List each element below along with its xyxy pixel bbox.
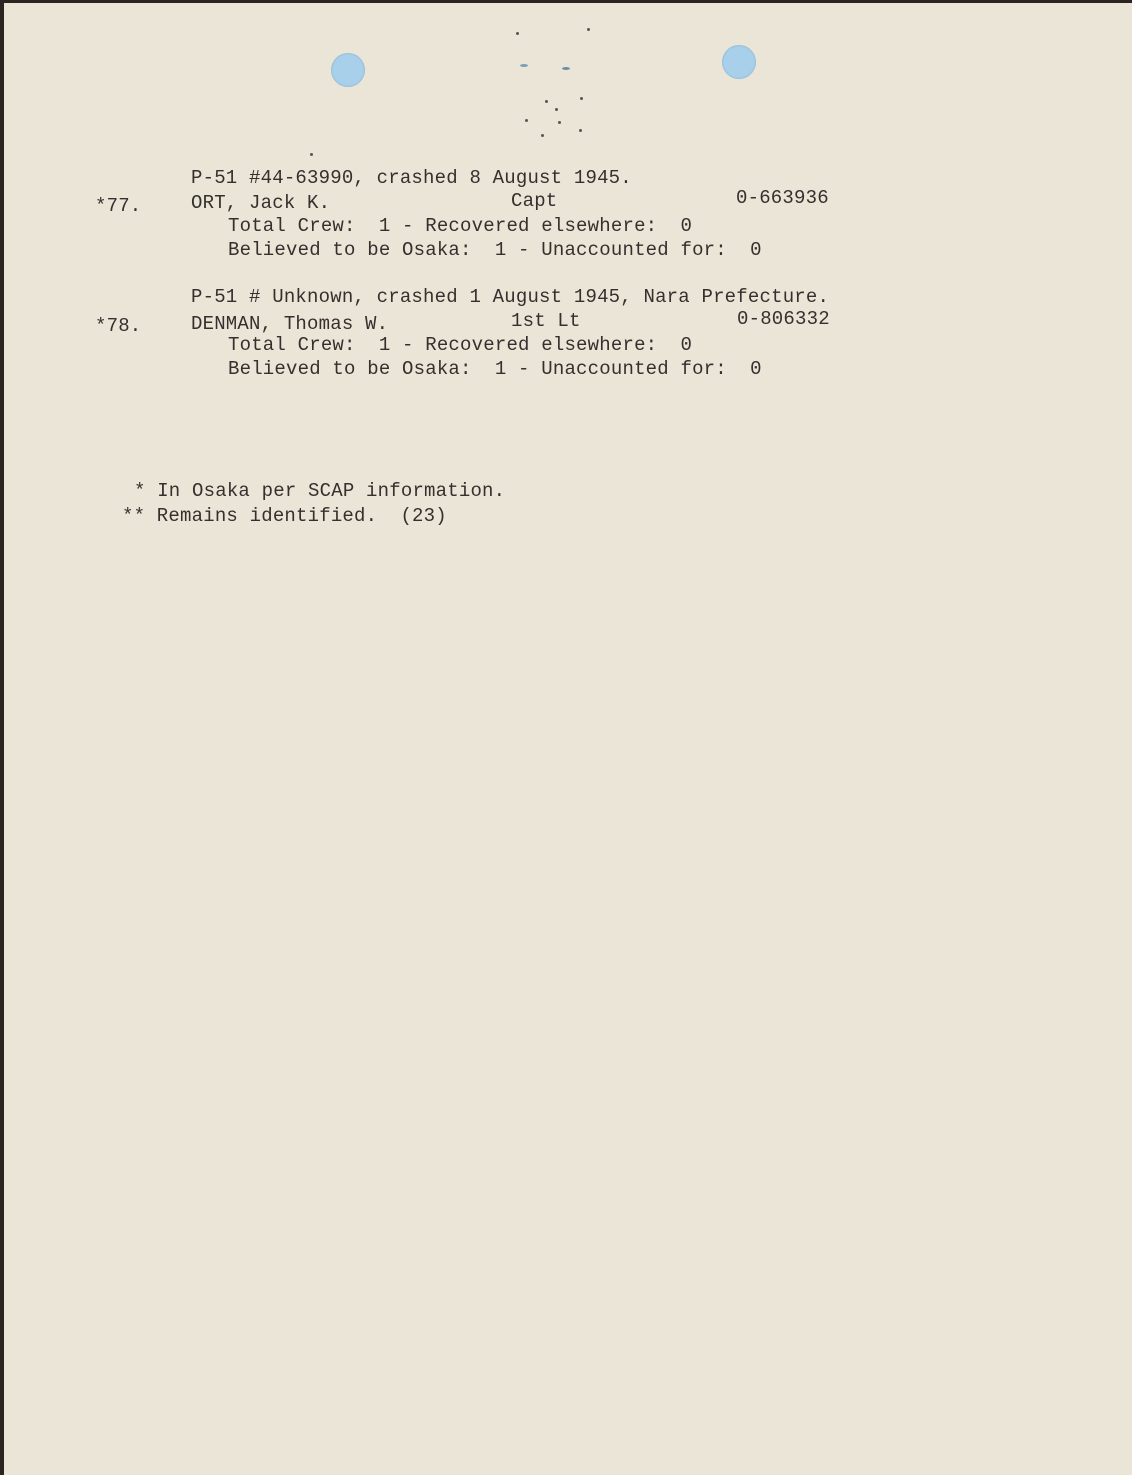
rank: Capt	[511, 190, 557, 212]
aircraft-line: P-51 # Unknown, crashed 1 August 1945, N…	[191, 286, 829, 308]
crew-summary: Total Crew: 1 - Recovered elsewhere: 0	[228, 215, 692, 237]
punch-hole-right	[722, 45, 756, 79]
service-number: 0-806332	[737, 308, 830, 330]
entry-number: *77.	[95, 195, 141, 217]
rank: 1st Lt	[511, 310, 581, 332]
service-number: 0-663936	[736, 187, 829, 209]
footnote-double-asterisk: ** Remains identified. (23)	[122, 505, 447, 527]
person-name: ORT, Jack K.	[191, 192, 330, 214]
punch-hole-left	[331, 53, 365, 87]
location-summary: Believed to be Osaka: 1 - Unaccounted fo…	[228, 239, 762, 261]
person-name: DENMAN, Thomas W.	[191, 313, 388, 335]
entry-number: *78.	[95, 315, 141, 337]
location-summary: Believed to be Osaka: 1 - Unaccounted fo…	[228, 358, 762, 380]
footnote-single-asterisk: * In Osaka per SCAP information.	[134, 480, 505, 502]
aircraft-line: P-51 #44-63990, crashed 8 August 1945.	[191, 167, 632, 189]
crew-summary: Total Crew: 1 - Recovered elsewhere: 0	[228, 334, 692, 356]
